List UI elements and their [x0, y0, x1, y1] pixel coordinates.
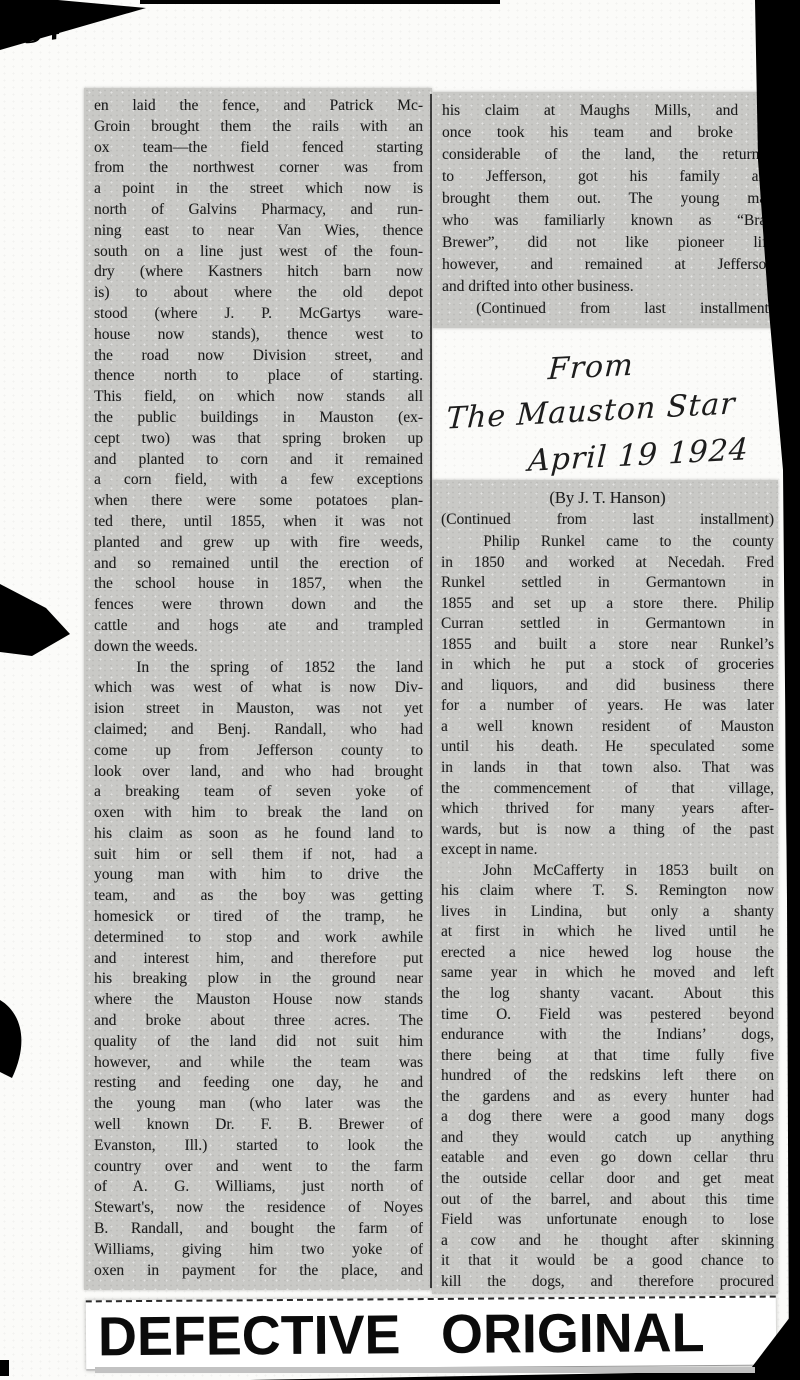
text-line: house now stands), thence west to — [94, 325, 423, 346]
text-line: ning east to near Van Wies, thence — [94, 221, 423, 242]
text-line: This field, on which now stands all — [94, 387, 423, 408]
text-line: Groin brought them the rails with an — [94, 117, 423, 138]
text-line: thence north to place of starting. — [94, 366, 423, 387]
scan-edge-bar-bottom — [250, 1370, 800, 1380]
text-line: well known Dr. F. B. Brewer of — [94, 1115, 423, 1136]
text-line: team, and as the boy was getting — [94, 886, 423, 907]
text-line: who was familiarly known as “Brad — [442, 210, 774, 232]
text-line: and so remained until the erection of — [94, 554, 423, 575]
text-line: time O. Field was pestered beyond — [441, 1005, 774, 1026]
text-line: the young man (who later was the — [94, 1094, 423, 1115]
text-line: ted there, until 1855, when it was not — [94, 512, 423, 533]
text-line: from the northwest corner was from — [94, 158, 423, 179]
text-line: once took his team and broke up — [442, 122, 774, 144]
text-line: a cow and he thought after skinning — [441, 1231, 774, 1252]
text-line: 1855 and built a store near Runkel’s — [441, 635, 774, 656]
text-line: of A. G. Williams, just north of — [94, 1177, 423, 1198]
text-line: ision street in Mauston, was not yet — [94, 699, 423, 720]
text-line: cattle and hogs ate and trampled — [94, 616, 423, 637]
text-line: the commencement of that village, — [441, 779, 774, 800]
text-line: Brewer”, did not like pioneer life — [442, 232, 774, 254]
handwritten-note-line3: April 19 1924 — [527, 432, 750, 479]
text-line: ox team—the field fenced starting — [94, 138, 423, 159]
text-line: a breaking team of seven yoke of — [94, 782, 423, 803]
text-line: which was west of what is now Div- — [94, 678, 423, 699]
scan-corner-artifact-top-left — [0, 0, 146, 50]
text-line: planted and grew up with fire weeds, — [94, 533, 423, 554]
text-line: his breaking plow in the ground near — [94, 969, 423, 990]
text-line: and planted to corn and it remained — [94, 450, 423, 471]
text-line: except in name. — [441, 840, 774, 861]
text-line: which thrived for many years after- — [441, 799, 774, 820]
text-line: for a number of years. He was later — [441, 696, 774, 717]
text-line: to Jefferson, got his family and — [442, 166, 774, 188]
text-line: quality of the land did not suit him — [94, 1032, 423, 1053]
text-line: the road now Division street, and — [94, 346, 423, 367]
text-line: cept two) was that spring broken up — [94, 429, 423, 450]
text-line: the log shanty vacant. About this — [441, 984, 774, 1005]
text-line: Curran settled in Germantown in — [441, 614, 774, 635]
text-line: Williams, giving him two yoke of — [94, 1240, 423, 1261]
text-line: Philip Runkel came to the county — [441, 532, 774, 553]
text-line: same year in which he moved and left — [441, 963, 774, 984]
text-line: (Continued from last installment) — [442, 298, 774, 320]
text-line: however, and remained at Jefferson — [442, 254, 774, 276]
text-line: and liquors, and did business there — [441, 676, 774, 697]
text-line: is) to about where the old depot — [94, 283, 423, 304]
text-line: erected a nice hewed log house the — [441, 943, 774, 964]
text-line: there being at that time fully five — [441, 1046, 774, 1067]
text-line: determined to stop and work awhile — [94, 928, 423, 949]
continued-note: (Continued from last installment) — [441, 509, 774, 530]
text-line: homesick or tired of the tramp, he — [94, 907, 423, 928]
stamp-word-original: ORIGINAL — [440, 1300, 704, 1366]
text-line: down the weeds. — [94, 637, 423, 658]
text-line: where the Mauston House now stands — [94, 990, 423, 1011]
text-line: however, and while the team was — [94, 1053, 423, 1074]
text-line: a well known resident of Mauston — [441, 717, 774, 738]
text-line: north of Galvins Pharmacy, and run- — [94, 200, 423, 221]
text-line: in 1850 and worked at Necedah. Fred — [441, 553, 774, 574]
byline: (By J. T. Hanson) — [441, 486, 774, 509]
text-line: south on a line just west of the foun- — [94, 242, 423, 263]
text-line: look over land, and who had brought — [94, 762, 423, 783]
text-line: out of the barrel, and about this time — [441, 1190, 774, 1211]
scan-mark-bottom-left — [0, 1360, 9, 1376]
text-line: wards, but is now a thing of the past — [441, 820, 774, 841]
scan-edge-line-top — [140, 0, 500, 4]
text-line: at first in which he lived until he — [441, 922, 774, 943]
right-bottom-newspaper-clipping: (By J. T. Hanson) (Continued from last i… — [432, 480, 778, 1294]
handwritten-page-number: 34 — [21, 6, 62, 53]
text-line: suit him or sell them if not, had a — [94, 845, 423, 866]
text-line: and drifted into other business. — [442, 276, 774, 298]
text-line: it that it would be a good chance to — [441, 1251, 774, 1272]
text-line: kill the dogs, and therefore procured — [441, 1272, 774, 1293]
text-line: In the spring of 1852 the land — [94, 658, 423, 679]
text-line: until his death. He speculated some — [441, 737, 774, 758]
article-body: Philip Runkel came to the countyin 1850 … — [441, 532, 774, 1292]
text-line: brought them out. The young man — [442, 188, 774, 210]
text-line: and they would catch up anything — [441, 1128, 774, 1149]
text-line: Runkel settled in Germantown in — [441, 573, 774, 594]
text-line: 1855 and set up a store there. Philip — [441, 594, 774, 615]
text-line: dry (where Kastners hitch barn now — [94, 262, 423, 283]
text-line: Field was unfortunate enough to lose — [441, 1210, 774, 1231]
text-line: the public buildings in Mauston (ex- — [94, 408, 423, 429]
text-line: a point in the street which now is — [94, 179, 423, 200]
text-line: oxen with him to break the land on — [94, 803, 423, 824]
text-line: oxen in payment for the place, and — [94, 1261, 423, 1282]
handwritten-note-line2: The Mauston Star — [445, 386, 736, 436]
text-line: eatable and even go down cellar thru — [441, 1148, 774, 1169]
text-line: fences were thrown down and the — [94, 595, 423, 616]
text-line: Evanston, Ill.) started to look the — [94, 1136, 423, 1157]
text-line: en laid the fence, and Patrick Mc- — [94, 96, 423, 117]
text-line: the outside cellar door and get meat — [441, 1169, 774, 1190]
text-line: considerable of the land, the returned — [442, 144, 774, 166]
left-newspaper-clipping: en laid the fence, and Patrick Mc-Groin … — [84, 88, 432, 1290]
text-line: the gardens and as every hunter had — [441, 1087, 774, 1108]
stamp-word-defective: DEFECTIVE — [98, 1302, 401, 1368]
right-top-newspaper-clipping: his claim at Maughs Mills, and atonce to… — [433, 92, 778, 328]
text-line: a corn field, with a few exceptions — [94, 470, 423, 491]
text-line: his claim where T. S. Remington now — [441, 881, 774, 902]
scan-blot-left-middle — [0, 584, 70, 656]
text-line: country over and went to the farm — [94, 1157, 423, 1178]
text-line: the school house in 1857, when the — [94, 574, 423, 595]
defective-original-stamp: DEFECTIVE ORIGINAL — [86, 1296, 776, 1371]
text-line: resting and feeding one day, he and — [94, 1073, 423, 1094]
text-line: hundred of the redskins left there on — [441, 1066, 774, 1087]
text-line: his claim as soon as he found land to — [94, 824, 423, 845]
text-line: his claim at Maughs Mills, and at — [442, 100, 774, 122]
text-line: stood (where J. P. McGartys ware- — [94, 304, 423, 325]
handwritten-note-line1: From — [547, 348, 634, 388]
text-line: in which he put a stock of groceries — [441, 655, 774, 676]
scanned-newspaper-page: 34 en laid the fence, and Patrick Mc-Gro… — [0, 0, 800, 1380]
text-line: B. Randall, and bought the farm of — [94, 1219, 423, 1240]
text-line: and broke about three acres. The — [94, 1011, 423, 1032]
scan-blot-left-lower — [0, 1000, 21, 1078]
text-line: endurance with the Indians’ dogs, — [441, 1025, 774, 1046]
text-line: a dog there were a good many dogs — [441, 1107, 774, 1128]
text-line: come up from Jefferson county to — [94, 741, 423, 762]
text-line: John McCafferty in 1853 built on — [441, 861, 774, 882]
text-line: and interest him, and therefore put — [94, 949, 423, 970]
text-line: in lands in that town also. That was — [441, 758, 774, 779]
text-line: when there were some potatoes plan- — [94, 491, 423, 512]
text-line: claimed; and Benj. Randall, who had — [94, 720, 423, 741]
text-line: Stewart's, now the residence of Noyes — [94, 1198, 423, 1219]
text-line: young man with him to drive the — [94, 865, 423, 886]
text-line: lives in Lindina, but only a shanty — [441, 902, 774, 923]
